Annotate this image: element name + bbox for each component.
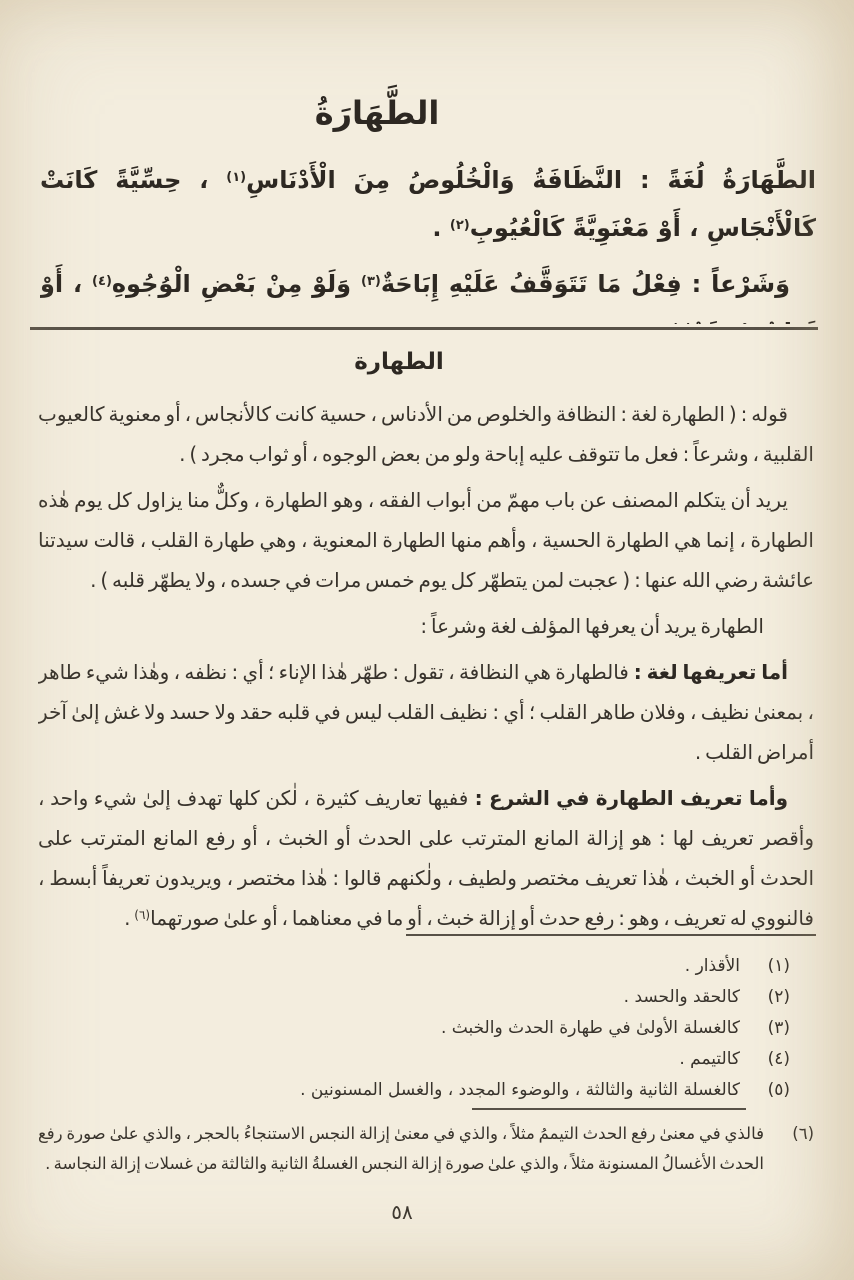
footnote-number: (١)	[756, 951, 790, 981]
footnote-number: (٥)	[756, 1075, 790, 1105]
footnote-text: كالغسلة الثانية والثالثة ، والوضوء المجد…	[300, 1075, 740, 1105]
book-page: الطَّهَارَةُ الطَّهَارَةُ لُغَةً : النَّ…	[0, 0, 854, 1280]
footnote-marker-3: (٣)	[361, 274, 381, 289]
footnote-number: (٢)	[756, 982, 790, 1012]
footnote-six-divider	[472, 1108, 746, 1110]
footnote-marker-2: (٢)	[450, 218, 470, 233]
footnote-text: كالتيمم .	[679, 1044, 740, 1074]
footnote-text: كالغسلة الأولىٰ في طهارة الحدث والخبث .	[441, 1013, 740, 1043]
footnote-marker-1: (١)	[226, 170, 246, 185]
matn-text-segment: الطَّهَارَةُ لُغَةً : النَّظَافَةُ وَالْ…	[246, 166, 816, 194]
footnote-item-six: (٦)فالذي في معنىٰ رفع الحدث التيممُ مثلا…	[38, 1119, 814, 1187]
footnote-marker-5: (٥)	[672, 322, 692, 324]
matn-text-segment: .	[655, 318, 672, 324]
footnote-number: (٣)	[756, 1013, 790, 1043]
paragraph-lead-bold: أما تعريفها لغة :	[629, 660, 788, 684]
matn-text-segment: وَشَرْعاً : فِعْلُ مَا تَتَوَقَّفُ عَلَي…	[381, 270, 790, 298]
footnote-item: (١)الأقذار .	[38, 951, 790, 981]
footnote-item: (٢)كالحقد والحسد .	[38, 982, 790, 1012]
chapter-title: الطَّهَارَةُ	[0, 94, 804, 132]
commentary-section: الطهارة قوله : ( الطهارة لغة : النظافة و…	[38, 342, 814, 930]
footnote-item: (٣)كالغسلة الأولىٰ في طهارة الحدث والخبث…	[38, 1013, 790, 1043]
footnote-marker-6: (٦)	[134, 908, 150, 922]
matn-text-segment: وَلَوْ مِنْ بَعْضِ الْوُجُوهِ	[112, 270, 361, 298]
page-number: ٥٨	[0, 1200, 829, 1224]
commentary-paragraph-linguistic: أما تعريفها لغة : فالطهارة هي النظافة ، …	[38, 652, 814, 772]
paragraph-lead-bold: وأما تعريف الطهارة في الشرع :	[468, 786, 788, 810]
matn-text-segment: .	[432, 214, 449, 242]
matn-text-block: الطَّهَارَةُ لُغَةً : النَّظَافَةُ وَالْ…	[40, 156, 816, 324]
footnote-item: (٥)كالغسلة الثانية والثالثة ، والوضوء ال…	[38, 1075, 790, 1105]
footnotes-list: (١)الأقذار . (٢)كالحقد والحسد . (٣)كالغس…	[38, 951, 790, 1106]
section-divider	[30, 327, 818, 330]
commentary-paragraph-quote: قوله : ( الطهارة لغة : النظافة والخلوص م…	[38, 394, 814, 474]
footnote-text: كالحقد والحسد .	[624, 982, 740, 1012]
commentary-paragraph-intro: يريد أن يتكلم المصنف عن باب مهمّ من أبوا…	[38, 480, 814, 600]
footnote-number: (٤)	[756, 1044, 790, 1074]
matn-legal-definition: وَشَرْعاً : فِعْلُ مَا تَتَوَقَّفُ عَلَي…	[40, 260, 816, 324]
footnote-item: (٤)كالتيمم .	[38, 1044, 790, 1074]
commentary-paragraph-legal: وأما تعريف الطهارة في الشرع : ففيها تعار…	[38, 778, 814, 930]
paragraph-body: .	[124, 906, 134, 930]
commentary-paragraph-transition: الطهارة يريد أن يعرفها المؤلف لغة وشرعاً…	[38, 606, 814, 646]
matn-linguistic-definition: الطَّهَارَةُ لُغَةً : النَّظَافَةُ وَالْ…	[40, 156, 816, 252]
footnote-text: الأقذار .	[685, 951, 740, 981]
footnote-text: فالذي في معنىٰ رفع الحدث التيممُ مثلاً ،…	[38, 1119, 764, 1187]
footnotes-divider	[406, 934, 816, 936]
commentary-heading: الطهارة	[38, 342, 787, 382]
footnote-number: (٦)	[780, 1119, 814, 1187]
matn-text-segment: كَالْعُيُوبِ	[470, 214, 565, 242]
footnote-marker-4: (٤)	[92, 274, 112, 289]
